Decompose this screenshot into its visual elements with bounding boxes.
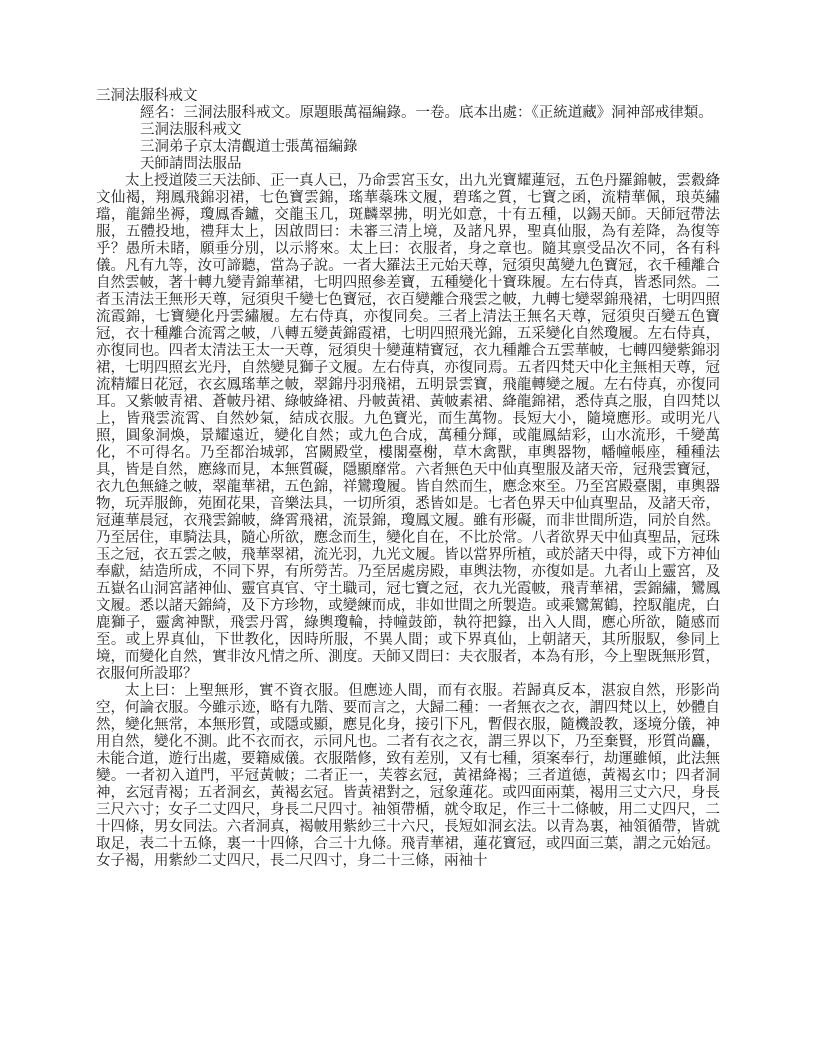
body-paragraph-2: 太上曰：上聖無形，實不資衣服。但應迹人間，而有衣服。若歸真反本，湛寂自然，形影尚…	[96, 683, 720, 870]
meta-line-inner-title: 三洞法服科戒文	[140, 122, 720, 139]
meta-block: 經名：三洞法服科戒文。原題賬萬福編錄。一卷。底本出處：《正統道藏》洞神部戒律類。…	[140, 105, 720, 173]
meta-line-chapter-heading: 天師請問法服品	[140, 156, 720, 173]
meta-line-source-note: 經名：三洞法服科戒文。原題賬萬福編錄。一卷。底本出處：《正統道藏》洞神部戒律類。	[140, 105, 720, 122]
document-title: 三洞法服科戒文	[96, 88, 720, 105]
meta-line-author: 三洞弟子京太清觀道士張萬福編錄	[140, 139, 720, 156]
body-paragraph-1: 太上授道陵三天法師、正一真人已，乃命雲宮玉女，出九光寶耀蓮冠，五色丹羅錦帔，雲縠…	[96, 173, 720, 683]
document-page: 三洞法服科戒文 經名：三洞法服科戒文。原題賬萬福編錄。一卷。底本出處：《正統道藏…	[0, 0, 816, 1056]
